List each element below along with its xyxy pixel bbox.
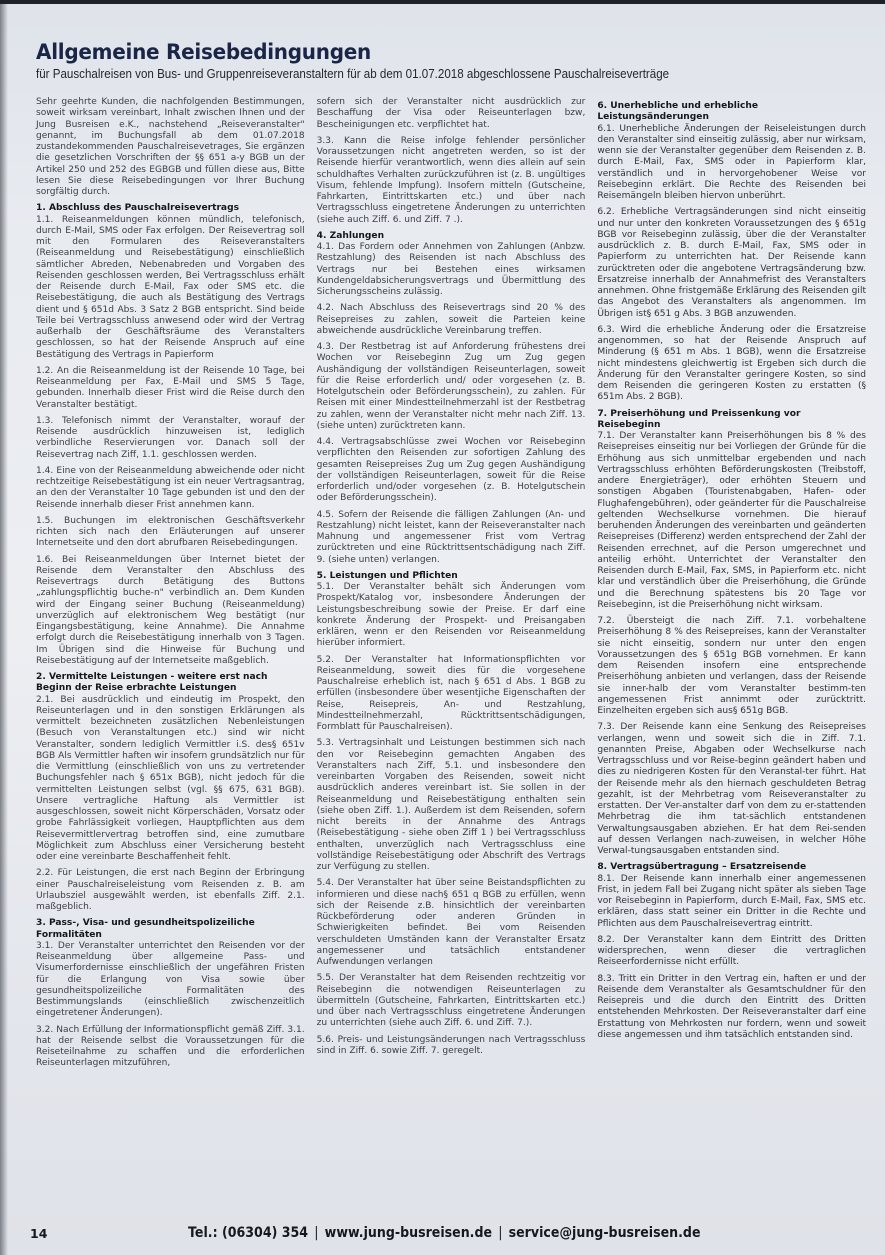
column-right: 6. Unerhebliche und erhebliche Leistungs…	[597, 97, 866, 1197]
column-middle: sofern sich der Veranstalter nicht ausdr…	[317, 97, 586, 1197]
clause-7-3: 7.3. Der Reisende kann eine Senkung des …	[597, 722, 866, 857]
clause-3-1: 3.1. Der Veranstalter unterrichtet den R…	[36, 941, 305, 1020]
clause-1-6: 1.6. Bei Reiseanmeldungen über Internet …	[36, 555, 305, 668]
clause-5-4: 5.4. Der Veranstalter hat über seine Bei…	[317, 878, 586, 968]
clause-3-2-continued: sofern sich der Veranstalter nicht ausdr…	[317, 97, 586, 131]
clause-6-1: 6.1. Unerhebliche Änderungen der Reisele…	[597, 124, 866, 203]
page-footer: 14 Tel.: (06304) 354 | www.jung-busreise…	[30, 1226, 865, 1248]
page-title: Allgemeine Reisebedingungen	[36, 40, 807, 65]
clause-6-3: 6.3. Wird die erhebliche Änderung oder d…	[597, 325, 866, 404]
clause-1-2: 1.2. An die Reiseanmeldung ist der Reise…	[36, 366, 305, 411]
clause-4-1: 4.1. Das Fordern oder Annehmen von Zahlu…	[317, 242, 586, 298]
section-heading-1: 1. Abschluss des Pauschalreisevertrags	[36, 203, 305, 214]
clause-3-3: 3.3. Kann die Reise infolge fehlender pe…	[317, 136, 586, 226]
column-left: Sehr geehrte Kunden, die nachfolgenden B…	[36, 97, 305, 1197]
clause-3-2: 3.2. Nach Erfüllung der Informationspfli…	[36, 1025, 305, 1070]
section-heading-5: 5. Leistungen und Pflichten	[317, 571, 586, 582]
page-subtitle: für Pauschalreisen von Bus- und Gruppenr…	[36, 67, 799, 81]
intro-paragraph: Sehr geehrte Kunden, die nachfolgenden B…	[36, 97, 305, 198]
page-number: 14	[30, 1226, 47, 1241]
clause-8-3: 8.3. Tritt ein Dritter in den Vertrag ei…	[597, 974, 866, 1042]
clause-5-3: 5.3. Vertragsinhalt und Leistungen besti…	[317, 738, 586, 873]
section-heading-3: 3. Pass-, Visa- und gesundheitspolizeili…	[36, 918, 305, 941]
website-link[interactable]: www.jung-busreisen.de	[325, 1225, 492, 1241]
clause-4-3: 4.3. Der Restbetrag ist auf Anforderung …	[317, 342, 586, 432]
clause-1-5: 1.5. Buchungen im elektronischen Geschäf…	[36, 516, 305, 550]
clause-5-2: 5.2. Der Veranstalter hat Informationspf…	[317, 655, 586, 734]
separator: |	[496, 1225, 504, 1241]
clause-2-1: 2.1. Bei ausdrücklich und eindeutig im P…	[36, 695, 305, 864]
section-heading-6: 6. Unerhebliche und erhebliche Leistungs…	[597, 101, 866, 124]
document-header: Allgemeine Reisebedingungen für Pauschal…	[36, 40, 865, 81]
section-heading-8: 8. Vertragsübertragung – Ersatzreisende	[597, 862, 866, 873]
clause-6-2: 6.2. Erhebliche Vertragsänderungen sind …	[597, 207, 866, 320]
clause-1-3: 1.3. Telefonisch nimmt der Veranstalter,…	[36, 416, 305, 461]
clause-2-2: 2.2. Für Leistungen, die erst nach Begin…	[36, 868, 305, 913]
phone-number: Tel.: (06304) 354	[188, 1225, 308, 1241]
clause-7-1: 7.1. Der Veranstalter kann Preiserhöhung…	[597, 431, 866, 611]
clause-5-1: 5.1. Der Veranstalter behält sich Änderu…	[317, 582, 586, 650]
clause-8-1: 8.1. Der Reisende kann innerhalb einer a…	[597, 874, 866, 930]
contact-line: Tel.: (06304) 354 | www.jung-busreisen.d…	[188, 1225, 700, 1241]
clause-1-4: 1.4. Eine von der Reiseanmeldung abweich…	[36, 466, 305, 511]
clause-8-2: 8.2. Der Veranstalter kann dem Eintritt …	[597, 935, 866, 969]
document-page: Allgemeine Reisebedingungen für Pauschal…	[0, 4, 885, 1255]
text-columns: Sehr geehrte Kunden, die nachfolgenden B…	[36, 97, 866, 1197]
section-heading-7: 7. Preiserhöhung und Preissenkung vor Re…	[597, 409, 866, 432]
clause-7-2: 7.2. Übersteigt die nach Ziff. 7.1. vorb…	[597, 616, 866, 717]
email-link[interactable]: service@jung-busreisen.de	[509, 1225, 701, 1241]
separator: |	[312, 1225, 320, 1241]
clause-4-5: 4.5. Sofern der Reisende die fälligen Za…	[317, 510, 586, 566]
clause-5-5: 5.5. Der Veranstalter hat dem Reisenden …	[317, 973, 586, 1029]
section-heading-2: 2. Vermittelte Leistungen - weitere erst…	[36, 672, 305, 695]
clause-5-6: 5.6. Preis- und Leistungsänderungen nach…	[317, 1035, 586, 1058]
clause-1-1: 1.1. Reiseanmeldungen können mündlich, t…	[36, 215, 305, 361]
section-heading-4: 4. Zahlungen	[317, 231, 586, 242]
clause-4-2: 4.2. Nach Abschluss des Reisevertrags si…	[317, 303, 586, 337]
clause-4-4: 4.4. Vertragsabschlüsse zwei Wochen vor …	[317, 437, 586, 505]
